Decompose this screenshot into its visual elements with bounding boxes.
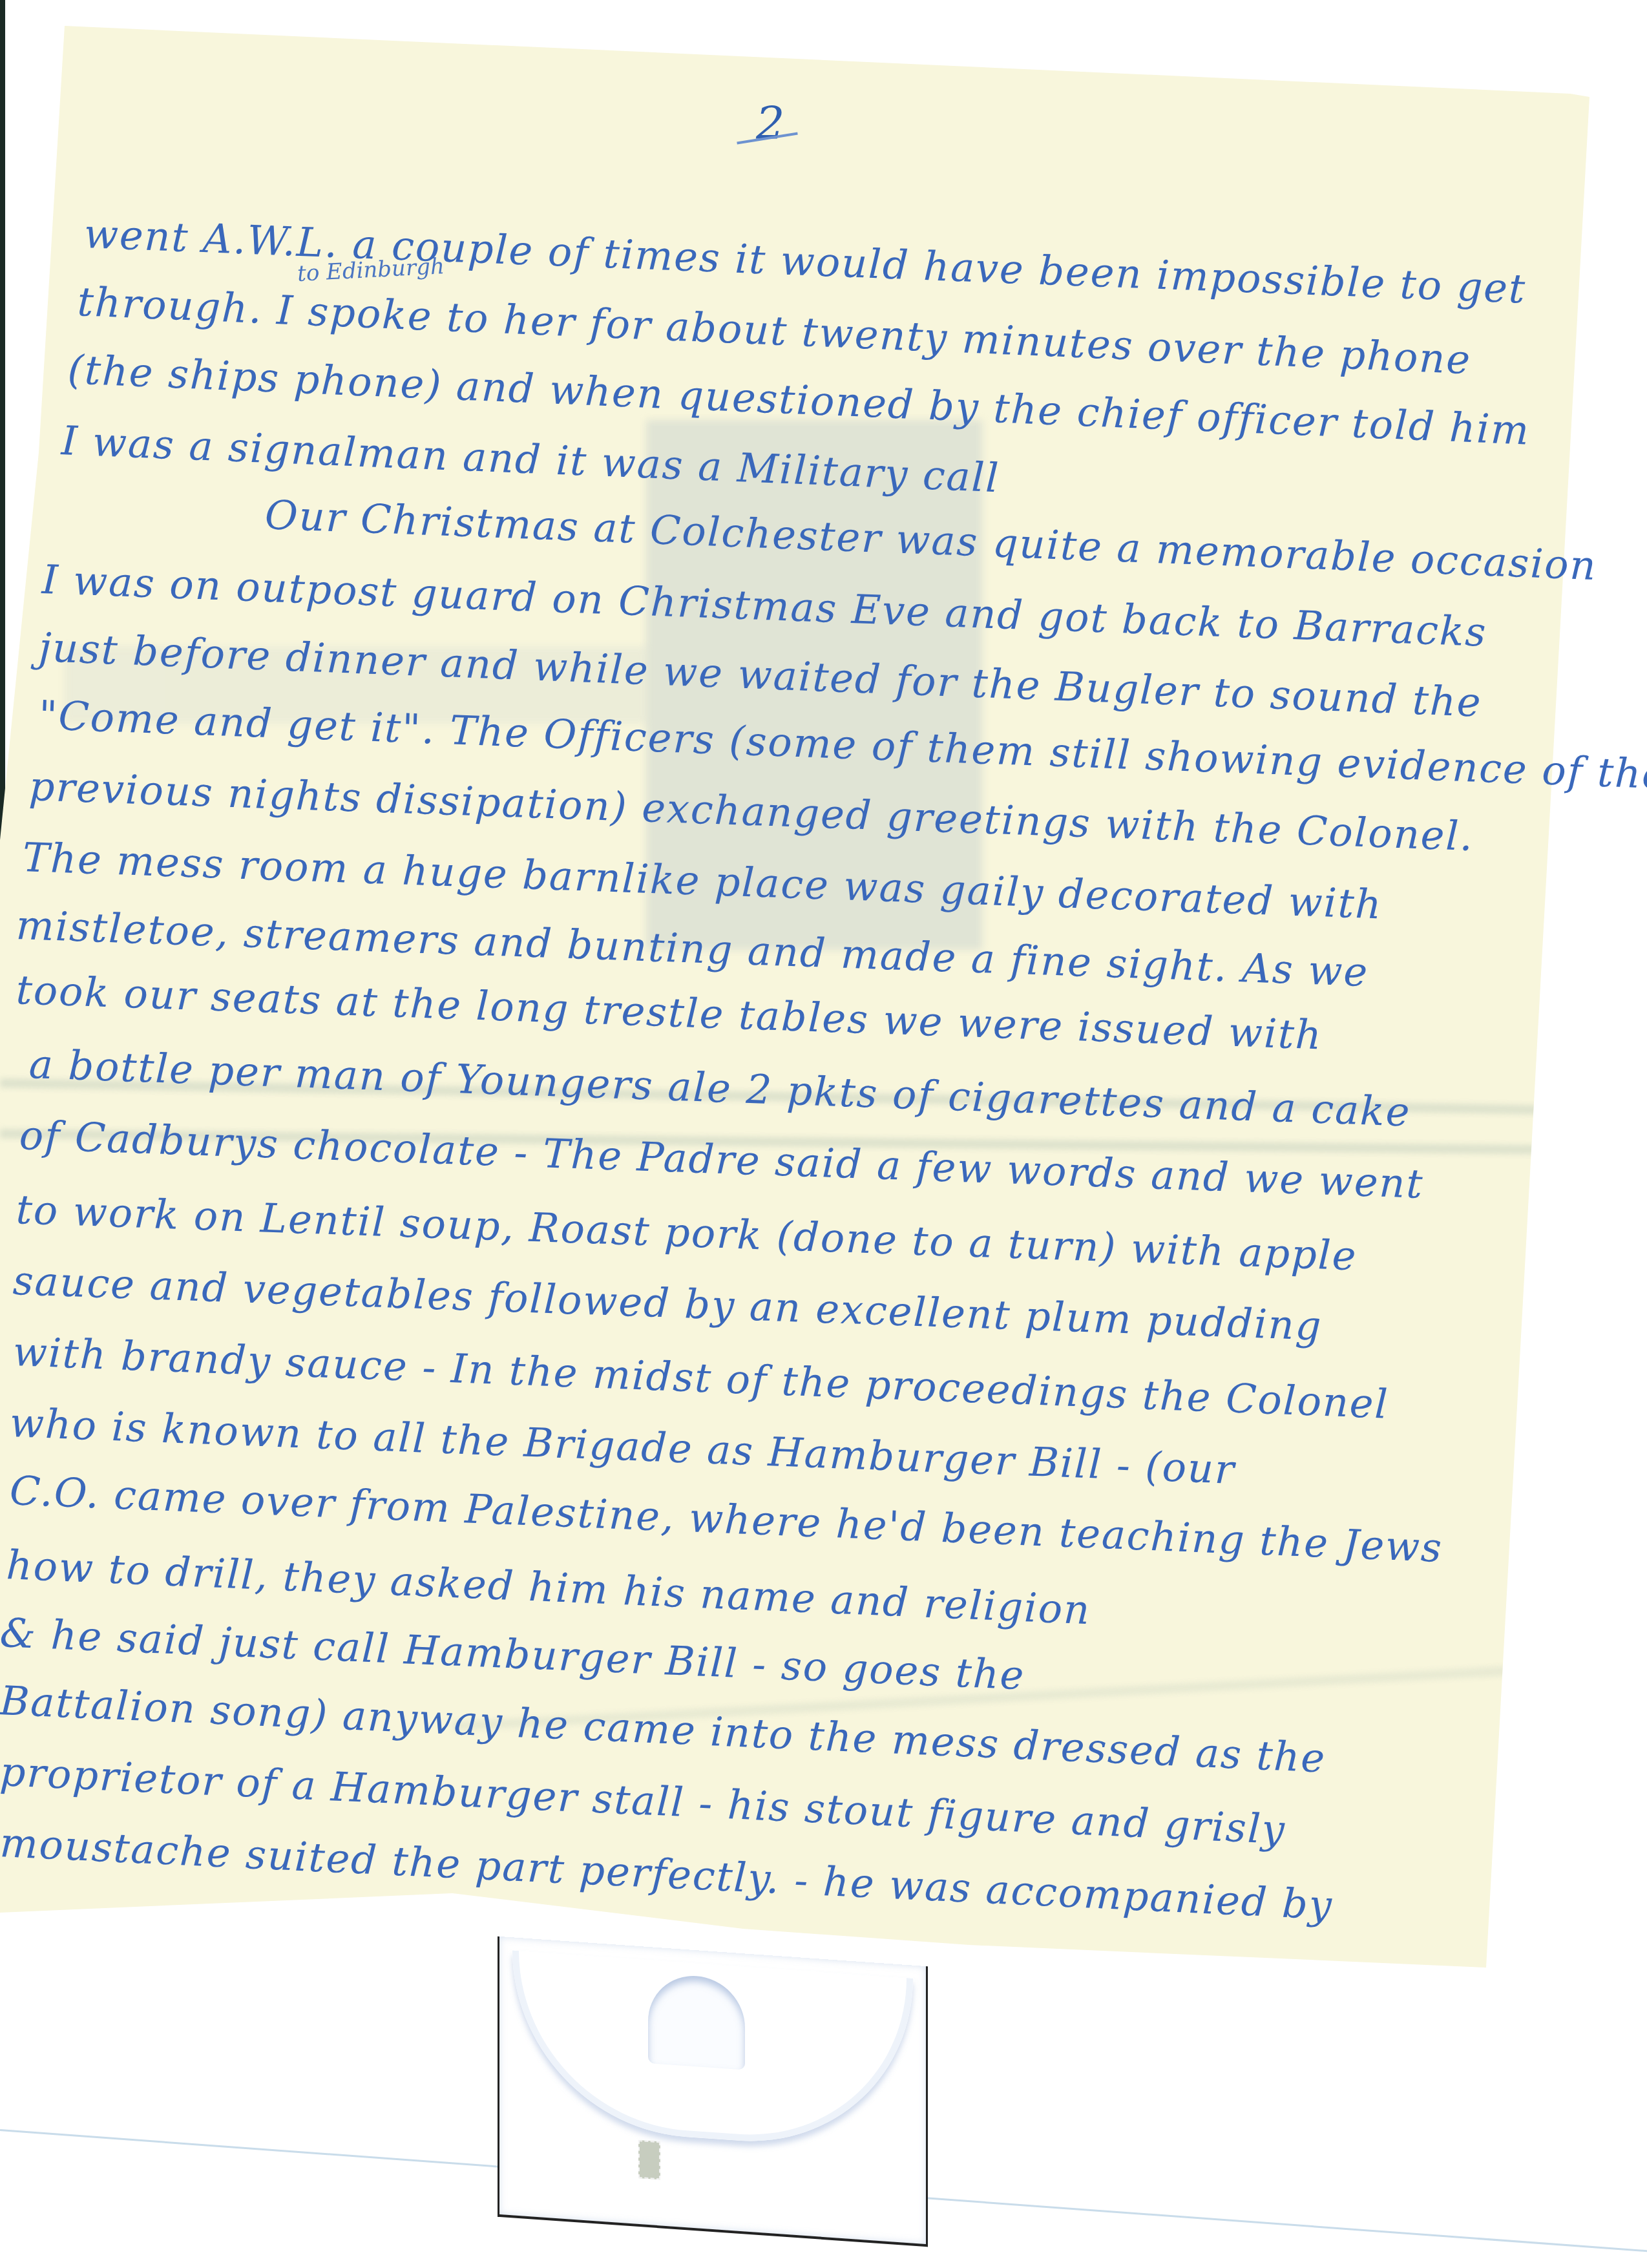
letter-body: to Edinburgh went A.W.L. a couple of tim… [0,0,1647,1938]
paper-clip-icon [498,1937,928,2247]
letter-line: I was a signalman and it was a Military … [61,417,1001,501]
clip-tab [638,2140,660,2179]
